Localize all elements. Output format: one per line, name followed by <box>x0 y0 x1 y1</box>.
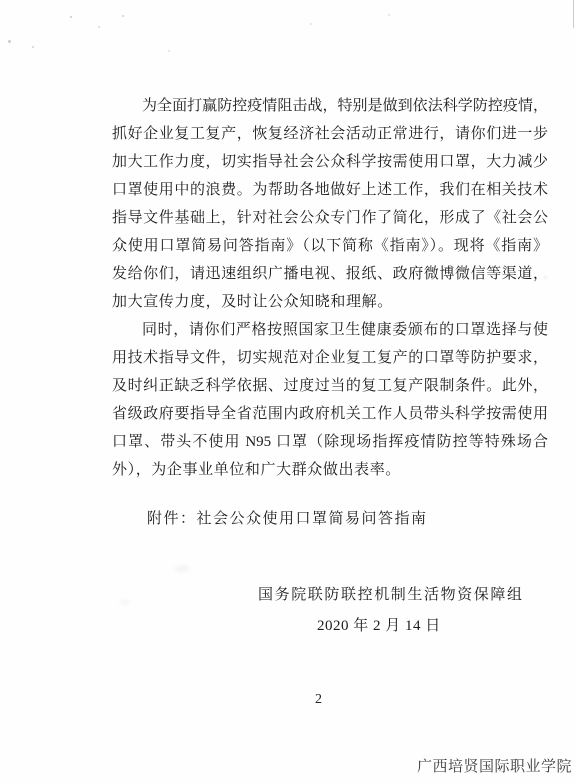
text-line: 加大宣传力度，及时让公众知晓和理解。 <box>112 288 548 316</box>
text-line: 用技术指导文件，切实规范对企业复工复产的口罩等防护要求， <box>112 344 548 372</box>
scan-speck <box>70 16 72 18</box>
text-line: 抓好企业复工复产，恢复经济社会活动正常进行，请你们进一步 <box>112 120 548 148</box>
body-text: 为全面打赢防控疫情阻击战，特别是做到依法科学防控疫情， 抓好企业复工复产，恢复经… <box>112 92 548 484</box>
scan-speck <box>310 23 312 25</box>
scan-speck <box>120 600 130 604</box>
text-line: 为全面打赢防控疫情阻击战，特别是做到依法科学防控疫情， <box>112 92 548 120</box>
text-line: 加大工作力度，切实指导社会公众科学按需使用口罩，大力减少 <box>112 148 548 176</box>
text-line: 众使用口罩简易问答指南》（以下简称《指南》）。现将《指南》 <box>112 232 548 260</box>
scan-speck <box>175 566 189 571</box>
scan-speck <box>98 26 100 28</box>
institution-watermark: 广西培贤国际职业学院 <box>417 757 572 777</box>
text-line: 口罩使用中的浪费。为帮助各地做好上述工作，我们在相关技术 <box>112 176 548 204</box>
scan-speck <box>168 50 170 52</box>
text-line: 及时纠正缺乏科学依据、过度过当的复工复产限制条件。此外， <box>112 372 548 400</box>
attachment-line: 附件：社会公众使用口罩简易问答指南 <box>147 508 428 530</box>
scan-speck <box>388 14 390 16</box>
text-line: 省级政府要指导全省范围内政府机关工作人员带头科学按需使用 <box>112 400 548 428</box>
text-line: 口罩、带头不使用 N95 口罩（除现场指挥疫情防控等特殊场合 <box>112 428 548 456</box>
text-line: 同时，请你们严格按照国家卫生健康委颁布的口罩选择与使 <box>112 316 548 344</box>
text-line: 外），为企事业单位和广大群众做出表率。 <box>112 456 548 484</box>
scan-speck <box>32 46 34 48</box>
text-line: 指导文件基础上，针对社会公众专门作了简化，形成了《社会公 <box>112 204 548 232</box>
page-number: 2 <box>315 691 322 709</box>
text-line: 发给你们，请迅速组织广播电视、报纸、政府微博微信等渠道， <box>112 260 548 288</box>
scan-edge-artifact <box>573 0 574 28</box>
signature-date: 2020 年 2 月 14 日 <box>317 616 441 636</box>
scan-speck <box>122 15 124 17</box>
signature-organization: 国务院联防联控机制生活物资保障组 <box>258 585 524 605</box>
scan-speck <box>8 40 11 43</box>
document-page: 为全面打赢防控疫情阻击战，特别是做到依法科学防控疫情， 抓好企业复工复产，恢复经… <box>0 0 576 783</box>
